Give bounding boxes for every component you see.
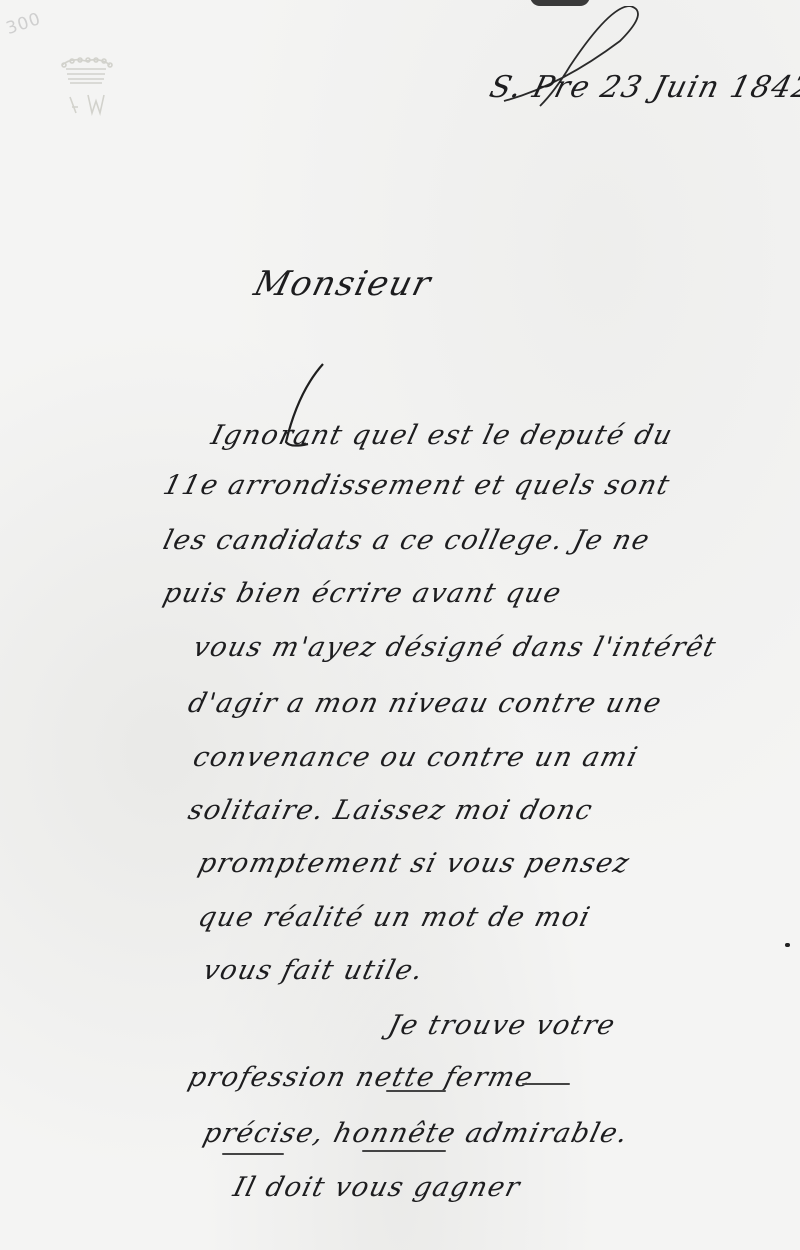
body-line: Ignorant quel est le deputé du	[208, 420, 677, 451]
body-line: promptement si vous pensez	[195, 848, 633, 879]
underline-honnete	[362, 1150, 446, 1152]
underline-nette	[386, 1090, 446, 1092]
ink-mark	[785, 943, 790, 947]
body-line: solitaire. Laissez moi donc	[185, 795, 597, 826]
body-line: 11e arrondissement et quels sont	[160, 470, 674, 501]
body-line: vous m'ayez désigné dans l'intérêt	[190, 632, 720, 663]
body-line: Il doit vous gagner	[230, 1172, 524, 1203]
coronet-monogram-icon	[58, 55, 114, 117]
body-line: que réalité un mot de moi	[195, 902, 594, 933]
body-line: les candidats a ce college. Je ne	[160, 525, 654, 556]
body-line: puis bien écrire avant que	[160, 578, 565, 609]
underline-ferme	[522, 1083, 570, 1085]
body-line: d'agir a mon niveau contre une	[185, 688, 666, 719]
body-line: Je trouve votre	[385, 1010, 619, 1041]
letter-date: S. Pre 23 Juin 1842.	[486, 70, 800, 105]
body-line: vous fait utile.	[200, 955, 427, 986]
underline-precise	[222, 1153, 284, 1155]
letter-salutation: Monsieur	[250, 264, 436, 304]
body-line: convenance ou contre un ami	[190, 742, 642, 773]
body-line: profession nette ferme	[185, 1062, 537, 1093]
body-line: précise, honnête admirable.	[200, 1118, 632, 1149]
